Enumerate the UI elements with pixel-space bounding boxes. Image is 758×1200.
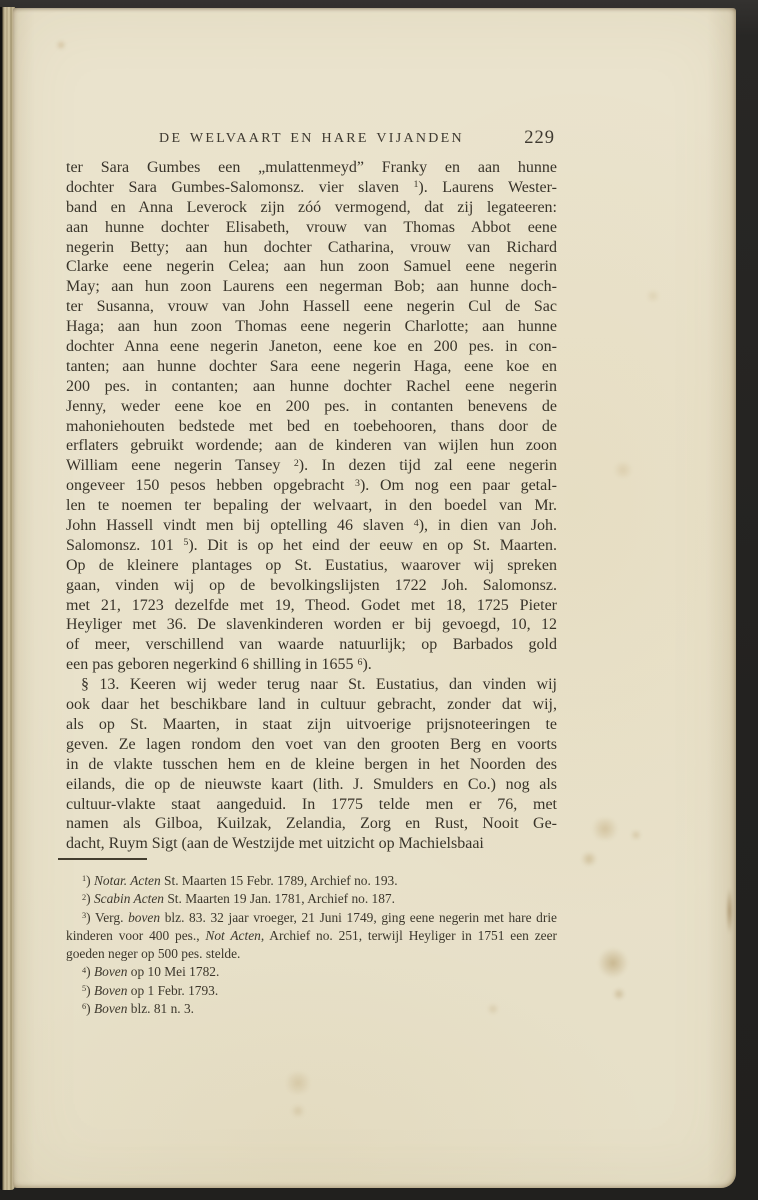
text-line: Heyliger met 36. De slavenkinderen worde… xyxy=(66,615,557,635)
text-line: negerin Betty; aan hun dochter Catharina… xyxy=(66,238,557,258)
text-line: of meer, verschillend van waarde natuurl… xyxy=(66,635,557,655)
footnote: 4) Boven op 10 Mei 1782. xyxy=(66,963,557,981)
running-header: DE WELVAART EN HARE VIJANDEN 229 xyxy=(66,131,557,147)
footnote-italic-text: Notar. Acten xyxy=(94,873,161,888)
footnote: 6) Boven blz. 81 n. 3. xyxy=(66,1000,557,1018)
text-line: tanten; aan hunne dochter Sara eene nege… xyxy=(66,357,557,377)
footnotes: 1) Notar. Acten St. Maarten 15 Febr. 178… xyxy=(66,872,557,1018)
text-line: May; aan hun zoon Laurens een negerman B… xyxy=(66,277,557,297)
text-line: mahoniehouten bedstede met bed en toebeh… xyxy=(66,417,557,437)
text-line: als op St. Maarten, in staat zijn uitvoe… xyxy=(66,715,557,735)
paragraph: § 13. Keeren wij weder terug naar St. Eu… xyxy=(66,675,557,854)
footnote-italic-text: Boven xyxy=(94,964,127,979)
text-line: in de vlakte tusschen hem en de kleine b… xyxy=(66,755,557,775)
text-line: dochter Sara Gumbes-Salomonsz. vier slav… xyxy=(66,178,557,198)
paragraph: ter Sara Gumbes een „mulattenmeyd” Frank… xyxy=(66,158,557,675)
text-line: eilands, die op de nieuwste kaart (lith.… xyxy=(66,775,557,795)
footnote-italic-text: Scabin Acten xyxy=(94,891,164,906)
running-header-title: DE WELVAART EN HARE VIJANDEN xyxy=(66,131,557,147)
text-line: geven. Ze lagen rondom den voet van den … xyxy=(66,735,557,755)
footnote: 1) Notar. Acten St. Maarten 15 Febr. 178… xyxy=(66,872,557,890)
text-line: erflaters gebruikt wordende; aan de kind… xyxy=(66,436,557,456)
text-line: Op de kleinere plantages op St. Eustatiu… xyxy=(66,556,557,576)
text-line: ter Sara Gumbes een „mulattenmeyd” Frank… xyxy=(66,158,557,178)
text-line: namen als Gilboa, Kuilzak, Zelandia, Zor… xyxy=(66,814,557,834)
text-line: John Hassell vindt men bij optelling 46 … xyxy=(66,516,557,536)
body-text: ter Sara Gumbes een „mulattenmeyd” Frank… xyxy=(66,158,557,854)
text-line: met 21, 1723 dezelfde met 19, Theod. God… xyxy=(66,596,557,616)
footnote-italic-text: Not Acten xyxy=(205,928,260,943)
footnote-text: op 10 Mei 1782. xyxy=(127,964,219,979)
text-line: Haga; aan hun zoon Thomas eene negerin C… xyxy=(66,317,557,337)
footnote-text: St. Maarten 19 Jan. 1781, Archief no. 18… xyxy=(164,891,395,906)
text-line: ter Susanna, vrouw van John Hassell eene… xyxy=(66,297,557,317)
footnote-italic-text: boven xyxy=(128,910,160,925)
footnote-italic-text: Boven xyxy=(94,1001,127,1016)
text-line: ongeveer 150 pesos hebben opgebracht 3).… xyxy=(66,476,557,496)
text-line: aan hunne dochter Elisabeth, vrouw van T… xyxy=(66,218,557,238)
text-line: William eene negerin Tansey 2). In dezen… xyxy=(66,456,557,476)
text-line: Salomonsz. 101 5). Dit is op het eind de… xyxy=(66,536,557,556)
footnote: 3) Verg. boven blz. 83. 32 jaar vroeger,… xyxy=(66,909,557,964)
text-line: dacht, Ruym Sigt (aan de Westzijde met u… xyxy=(66,834,557,854)
footnote-text: Verg. xyxy=(95,910,128,925)
text-line: gaan, vinden wij op de bevolkingslijsten… xyxy=(66,576,557,596)
text-line: band en Anna Leverock zijn zóó vermogend… xyxy=(66,198,557,218)
footnote: 5) Boven op 1 Febr. 1793. xyxy=(66,982,557,1000)
footnote-text: op 1 Febr. 1793. xyxy=(127,983,218,998)
text-line: § 13. Keeren wij weder terug naar St. Eu… xyxy=(66,675,557,695)
book-page: DE WELVAART EN HARE VIJANDEN 229 ter Sar… xyxy=(13,8,736,1188)
text-line: dochter Anna eene negerin Janeton, eene … xyxy=(66,337,557,357)
footnote-italic-text: Boven xyxy=(94,983,127,998)
page-number: 229 xyxy=(524,128,555,149)
text-line: ook daar het beschikbare land in cultuur… xyxy=(66,695,557,715)
scan-background: { "document": { "header": { "title": "DE… xyxy=(0,0,758,1200)
text-line: Clarke eene negerin Celea; aan hun zoon … xyxy=(66,257,557,277)
footnote-text: blz. 81 n. 3. xyxy=(127,1001,194,1016)
text-line: 200 pes. in contanten; aan hunne dochter… xyxy=(66,377,557,397)
text-line: len te noemen ter bepaling der welvaart,… xyxy=(66,496,557,516)
footnote-separator xyxy=(58,858,147,860)
footnote: 2) Scabin Acten St. Maarten 19 Jan. 1781… xyxy=(66,890,557,908)
text-line: een pas geboren negerkind 6 shilling in … xyxy=(66,655,557,675)
footnote-text: St. Maarten 15 Febr. 1789, Archief no. 1… xyxy=(161,873,398,888)
text-line: Jenny, weder eene koe en 200 pes. in con… xyxy=(66,397,557,417)
text-line: cultuur-vlakte staat aangeduid. In 1775 … xyxy=(66,795,557,815)
